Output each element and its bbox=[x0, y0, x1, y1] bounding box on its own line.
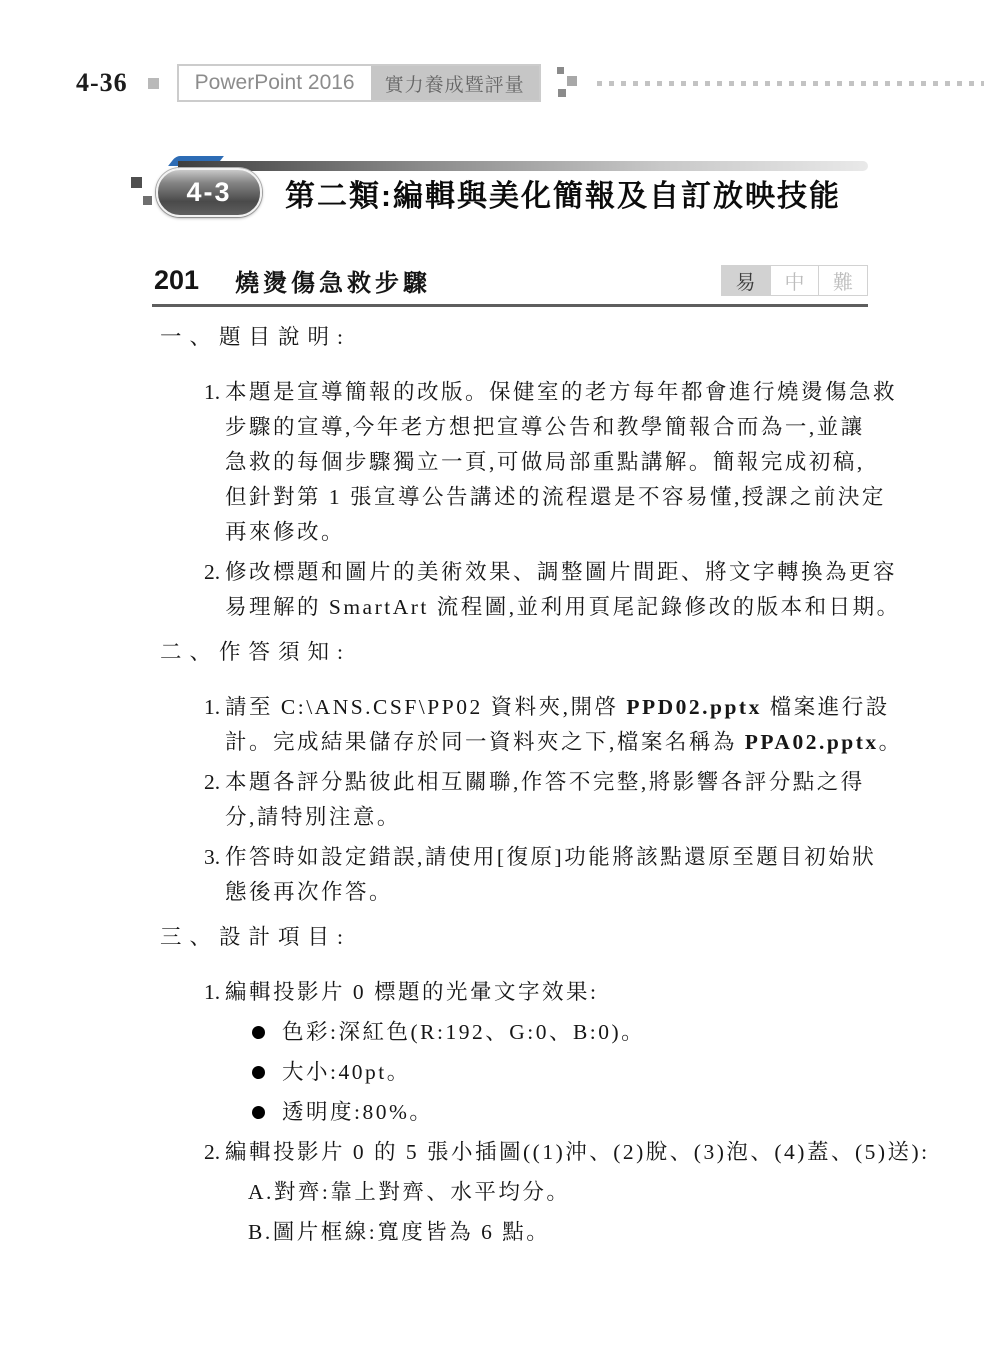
text-segment: 大小:40pt。 bbox=[282, 1060, 411, 1084]
topic-rule bbox=[152, 304, 868, 307]
section-heading: 三、設計項目: bbox=[160, 920, 880, 955]
text-line: 2. 本題各評分點彼此相互關聯,作答不完整,將影響各評分點之得 bbox=[154, 765, 880, 800]
section-number-badge: 4-3 bbox=[156, 168, 262, 217]
page-number: 4-36 bbox=[76, 68, 128, 98]
difficulty-selector: 易 中 難 bbox=[721, 265, 868, 296]
difficulty-medium-badge: 中 bbox=[770, 265, 819, 296]
difficulty-easy-badge: 易 bbox=[721, 265, 770, 296]
list-item-number: 1. bbox=[204, 375, 220, 410]
text-segment: 色彩:深紅色(R:192、G:0、B:0)。 bbox=[282, 1020, 645, 1044]
text-segment: 請至 C:\ANS.CSF\PP02 資料夾,開啓 bbox=[225, 695, 626, 719]
text-segment: 本題各評分點彼此相互關聯,作答不完整,將影響各評分點之得 bbox=[225, 770, 865, 794]
section-heading: 二、作答須知: bbox=[160, 635, 880, 670]
page-header: 4-36 PowerPoint 2016 實力養成暨評量 bbox=[76, 62, 988, 104]
text-segment: 計。完成結果儲存於同一資料夾之下,檔案名稱為 bbox=[225, 730, 745, 754]
text-line: 計。完成結果儲存於同一資料夾之下,檔案名稱為 PPA02.pptx。 bbox=[154, 725, 880, 760]
text-segment: 檔案進行設 bbox=[762, 695, 890, 719]
section-title: 第二類:編輯與美化簡報及自訂放映技能 bbox=[285, 171, 841, 215]
bullet-line: 透明度:80%。 bbox=[154, 1095, 880, 1130]
text-line: 分,請特別注意。 bbox=[154, 800, 880, 835]
bullet-icon bbox=[252, 1106, 265, 1119]
text-segment: 透明度:80%。 bbox=[282, 1100, 433, 1124]
bullet-icon bbox=[252, 1066, 265, 1079]
sub-item-line: B.圖片框線:寬度皆為 6 點。 bbox=[154, 1215, 880, 1250]
list-item: 1. 編輯投影片 0 標題的光暈文字效果: bbox=[154, 975, 880, 1010]
text-line: 3. 作答時如設定錯誤,請使用[復原]功能將該點還原至題目初始狀 bbox=[154, 840, 880, 875]
series-subtitle-badge: 實力養成暨評量 bbox=[371, 66, 539, 100]
list-item: 3. 作答時如設定錯誤,請使用[復原]功能將該點還原至題目初始狀 態後再次作答。 bbox=[154, 840, 880, 910]
list-item-number: 1. bbox=[204, 975, 220, 1010]
deco-square-icon bbox=[143, 196, 152, 205]
bullet-icon bbox=[252, 1026, 265, 1039]
text-segment: 本題是宣導簡報的改版。保健室的老方每年都會進行燒燙傷急救 bbox=[225, 380, 897, 404]
text-line: 步驟的宣導,今年老方想把宣導公告和教學簡報合而為一,並讓 bbox=[154, 410, 880, 445]
bullet-line: 大小:40pt。 bbox=[154, 1055, 880, 1090]
book-page: 4-36 PowerPoint 2016 實力養成暨評量 4-3 第二類:編輯與… bbox=[0, 0, 1000, 1356]
list-item-number: 2. bbox=[204, 765, 220, 800]
list-item-number: 1. bbox=[204, 690, 220, 725]
topic-body: 一、題目說明: 1. 本題是宣導簡報的改版。保健室的老方每年都會進行燒燙傷急救 … bbox=[154, 320, 880, 1250]
list-item-number: 2. bbox=[204, 1135, 220, 1170]
topic-number: 201 bbox=[154, 265, 199, 296]
list-item: 1. 本題是宣導簡報的改版。保健室的老方每年都會進行燒燙傷急救 步驟的宣導,今年… bbox=[154, 375, 880, 550]
deco-squares-icon bbox=[555, 65, 585, 101]
text-line: 態後再次作答。 bbox=[154, 875, 880, 910]
text-line: 易理解的 SmartArt 流程圖,並利用頁尾記錄修改的版本和日期。 bbox=[154, 590, 880, 625]
series-box: PowerPoint 2016 實力養成暨評量 bbox=[177, 64, 541, 102]
text-line: 2. 修改標題和圖片的美術效果、調整圖片間距、將文字轉換為更容 bbox=[154, 555, 880, 590]
dotted-rule bbox=[597, 81, 984, 86]
list-item: 2. 本題各評分點彼此相互關聯,作答不完整,將影響各評分點之得 分,請特別注意。 bbox=[154, 765, 880, 835]
text-line: 急救的每個步驟獨立一頁,可做局部重點講解。簡報完成初稿, bbox=[154, 445, 880, 480]
difficulty-hard-badge: 難 bbox=[819, 265, 868, 296]
text-line: 1. 編輯投影片 0 標題的光暈文字效果: bbox=[154, 975, 880, 1010]
topic-title: 燒燙傷急救步驟 bbox=[235, 263, 431, 298]
text-line: 再來修改。 bbox=[154, 515, 880, 550]
deco-square-icon bbox=[131, 177, 142, 188]
list-item: 2. 編輯投影片 0 的 5 張小插圖((1)沖、(2)脫、(3)泡、(4)蓋、… bbox=[154, 1135, 880, 1170]
list-item-number: 2. bbox=[204, 555, 220, 590]
square-bullet-icon bbox=[148, 78, 159, 89]
series-title: PowerPoint 2016 bbox=[179, 66, 371, 100]
filename-bold: PPA02.pptx bbox=[745, 730, 879, 754]
text-line: 1. 本題是宣導簡報的改版。保健室的老方每年都會進行燒燙傷急救 bbox=[154, 375, 880, 410]
text-line: 1. 請至 C:\ANS.CSF\PP02 資料夾,開啓 PPD02.pptx … bbox=[154, 690, 880, 725]
text-segment: 編輯投影片 0 的 5 張小插圖((1)沖、(2)脫、(3)泡、(4)蓋、(5)… bbox=[225, 1140, 930, 1164]
text-segment: 編輯投影片 0 標題的光暈文字效果: bbox=[225, 980, 598, 1004]
text-line: 但針對第 1 張宣導公告講述的流程還是不容易懂,授課之前決定 bbox=[154, 480, 880, 515]
text-segment: 。 bbox=[879, 730, 903, 754]
list-item-number: 3. bbox=[204, 840, 220, 875]
sub-item-line: A.對齊:靠上對齊、水平均分。 bbox=[154, 1175, 880, 1210]
list-item: 2. 修改標題和圖片的美術效果、調整圖片間距、將文字轉換為更容 易理解的 Sma… bbox=[154, 555, 880, 625]
list-item: 1. 請至 C:\ANS.CSF\PP02 資料夾,開啓 PPD02.pptx … bbox=[154, 690, 880, 760]
section-heading: 一、題目說明: bbox=[160, 320, 880, 355]
text-segment: 作答時如設定錯誤,請使用[復原]功能將該點還原至題目初始狀 bbox=[225, 845, 876, 869]
text-line: 2. 編輯投影片 0 的 5 張小插圖((1)沖、(2)脫、(3)泡、(4)蓋、… bbox=[154, 1135, 880, 1170]
text-segment: 修改標題和圖片的美術效果、調整圖片間距、將文字轉換為更容 bbox=[225, 560, 897, 584]
banner-gradient-bar bbox=[178, 161, 868, 171]
bullet-line: 色彩:深紅色(R:192、G:0、B:0)。 bbox=[154, 1015, 880, 1050]
topic-row: 201 燒燙傷急救步驟 易 中 難 bbox=[154, 263, 868, 297]
filename-bold: PPD02.pptx bbox=[626, 695, 762, 719]
